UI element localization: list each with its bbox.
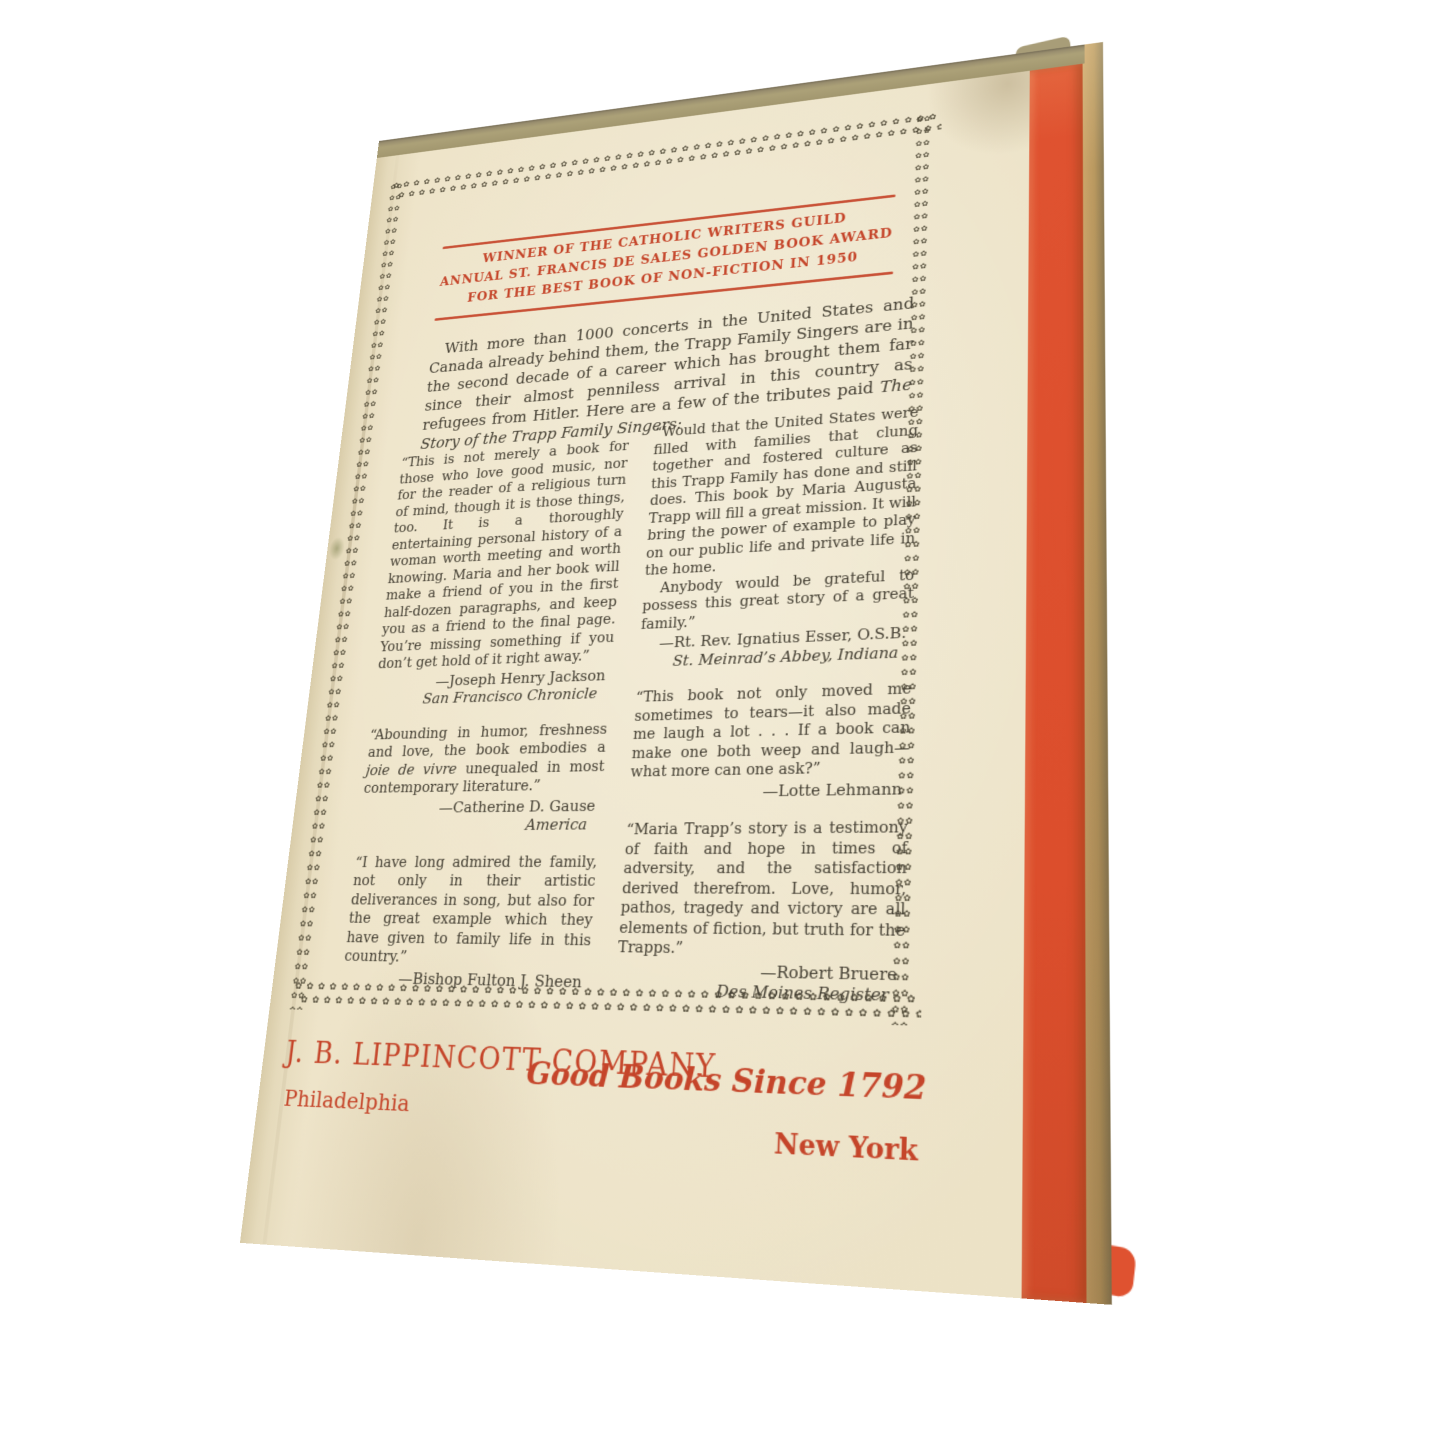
- text-run: “Abounding in humor, freshness and love,…: [367, 721, 608, 761]
- quote-attribution: —Lotte Lehmann: [628, 779, 909, 802]
- publisher-city-philadelphia: Philadelphia: [283, 1085, 411, 1116]
- ornament-unit: ✿✿: [334, 633, 358, 647]
- publisher-tagline: Good Books Since 1792: [525, 1055, 927, 1108]
- ornament-unit: ✿✿: [332, 646, 356, 660]
- quote-paragraph: “Abounding in humor, freshness and love,…: [363, 720, 608, 798]
- testimonial-quote: “Maria Trapp’s story is a testimony of f…: [614, 818, 908, 1006]
- quote-attribution: —Catherine D. Gause: [361, 796, 603, 817]
- ornament-unit: ✿✿: [301, 903, 326, 917]
- testimonial-quote: “Abounding in humor, freshness and love,…: [358, 720, 607, 836]
- quote-source-publication: Des Moines Register: [614, 979, 904, 1006]
- testimonial-quote: “Would that the United States were fille…: [638, 404, 919, 671]
- text-run: “Maria Trapp’s story is a testimony of f…: [617, 819, 908, 957]
- testimonial-quote: “I have long admired the family, not onl…: [341, 853, 598, 992]
- text-run: “I have long admired the family, not onl…: [344, 854, 598, 966]
- quote-paragraph: “This book not only moved me sometimes t…: [630, 680, 912, 782]
- testimonial-column-right: “Would that the United States were fille…: [613, 404, 919, 1027]
- ornament-unit: ✿✿: [304, 875, 329, 889]
- quote-paragraph: “This is not merely a book for those who…: [377, 438, 629, 673]
- ornament-unit: ✿✿: [324, 712, 348, 726]
- ornament-unit: ✿✿: [316, 779, 341, 793]
- ornament-unit: ✿✿: [299, 917, 324, 931]
- ornament-unit: ✿✿: [294, 960, 319, 975]
- ornament-unit: ✿✿: [303, 889, 328, 903]
- ornament-unit: ✿✿: [326, 698, 350, 712]
- quote-paragraph: “Would that the United States were fille…: [644, 404, 918, 580]
- testimonial-quote: “This is not merely a book for those who…: [373, 438, 629, 709]
- ornament-unit: ✿✿: [328, 685, 352, 699]
- ornament-unit: ✿✿: [292, 974, 317, 989]
- ornament-unit: ✿✿: [319, 752, 344, 766]
- testimonial-columns: “This is not merely a book for those who…: [340, 404, 919, 1005]
- book-back-cover: ✿✿✿✿✿✿✿✿✿✿✿✿✿✿✿✿✿✿✿✿✿✿✿✿✿✿✿✿✿✿✿✿✿✿✿✿✿✿✿✿…: [240, 42, 1112, 1305]
- ornament-unit: ✿✿: [289, 1003, 314, 1010]
- testimonial-quote: “This book not only moved me sometimes t…: [628, 680, 911, 802]
- ornament-unit: ✿✿: [297, 931, 322, 946]
- italic-text-run: joie de vivre: [365, 761, 458, 778]
- text-run: “This book not only moved me sometimes t…: [630, 681, 912, 781]
- ornament-unit: ✿✿: [336, 620, 360, 634]
- ornament-unit: ✿✿: [339, 594, 363, 608]
- ornament-unit: ✿✿: [311, 820, 336, 834]
- ornament-unit: ✿✿: [308, 847, 333, 861]
- jacket-smudge: [328, 536, 346, 560]
- quote-attribution: —Bishop Fulton J. Sheen: [341, 967, 589, 991]
- ornament-unit: ✿✿: [296, 946, 321, 961]
- ornament-unit: ✿✿: [313, 806, 338, 820]
- publisher-city-new-york: New York: [773, 1126, 918, 1168]
- ornament-unit: ✿✿: [306, 861, 331, 875]
- ornament-unit: ✿✿: [314, 792, 339, 806]
- ornament-unit: ✿✿: [337, 607, 361, 621]
- ornament-unit: ✿✿: [331, 659, 355, 673]
- ornament-unit: ✿✿: [329, 672, 353, 686]
- ornament-unit: ✿✿: [323, 725, 348, 739]
- ornament-unit: ✿✿: [321, 738, 346, 752]
- ornament-unit: ✿✿: [309, 833, 334, 847]
- text-run: “Would that the United States were fille…: [644, 405, 918, 579]
- jacket-spine-stripe: [1022, 64, 1087, 1303]
- quote-source-publication: America: [358, 815, 600, 836]
- quote-paragraph: “I have long admired the family, not onl…: [343, 853, 597, 971]
- text-run: “This is not merely a book for those who…: [377, 439, 629, 672]
- ornament-unit: ✿✿: [290, 989, 316, 1004]
- quote-paragraph: “Maria Trapp’s story is a testimony of f…: [617, 818, 908, 962]
- ornament-unit: ✿✿: [318, 765, 343, 779]
- testimonial-column-left: “This is not merely a book for those who…: [339, 438, 629, 1012]
